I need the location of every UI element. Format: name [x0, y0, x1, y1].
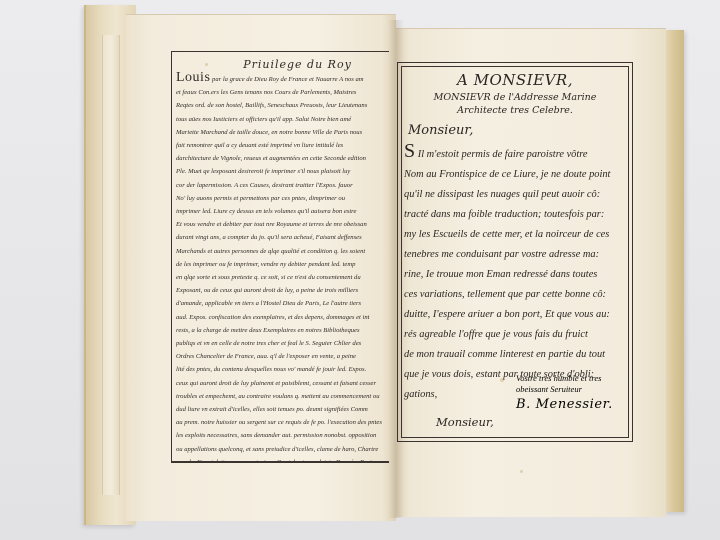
dedication-line: tenebres me conduisant par vostre adress…: [404, 245, 626, 265]
privilege-line: No' luy auons permis et permettons par c…: [176, 192, 389, 205]
signature-line: obeissant Seruiteur: [516, 384, 613, 395]
dedication-line: tracté dans ma foible traduction; toutes…: [404, 205, 626, 225]
privilege-line: publiqs et vn en celle de notre tres che…: [176, 337, 389, 350]
dedication-subheading: Architecte tres Celebre.: [404, 104, 626, 117]
signature-name: B. Menessier.: [516, 399, 613, 410]
privilege-line: Louis par la grace de Dieu Roy de France…: [176, 71, 389, 86]
dedication-line: de mon trauail comme linterest en partie…: [404, 345, 626, 365]
dedication-body: S Il m'estoit permis de faire paroistre …: [404, 144, 626, 405]
privilege-line: mande, Et aut. lettres a ce contraires. …: [176, 456, 389, 463]
dedication-frame: A MONSIEVR, MONSIEVR de l'Addresse Marin…: [397, 62, 633, 442]
privilege-line: Ordres Chancelier de France, aua. q'l de…: [176, 350, 389, 363]
salutation: Monsieur,: [408, 122, 626, 140]
dedication-line: duitte, I'espere ariuer a bon port, Et q…: [404, 305, 626, 325]
dedication-text: Il m'estoit permis de faire paroistre vô…: [418, 149, 588, 160]
privilege-line: Marchands et autres personnes de qlqe qu…: [176, 245, 389, 258]
dedication-line: Nom au Frontispice de ce Liure, je ne do…: [404, 165, 626, 185]
privilege-line: rests, a la charge de mettre deux Exempl…: [176, 324, 389, 337]
privilege-title: Priuilege du Roy: [176, 58, 389, 71]
dedication-heading: A MONSIEVR,: [404, 71, 626, 89]
privilege-line: tous aües nos Iusticiers et officiers qu…: [176, 113, 389, 126]
privilege-line: les exploits necessaires, sans demander …: [176, 429, 389, 442]
vellum-cover-right: [664, 30, 684, 512]
cover-fold: [102, 35, 120, 495]
dedication-line: ces variations, tellement que par cette …: [404, 285, 626, 305]
privilege-line: cor der lapermission. A ces Causes, desi…: [176, 179, 389, 192]
privilege-line: durant vingt ans, a compter du jo. qu'il…: [176, 231, 389, 244]
privilege-line: en qlqe sorte et sous pretexte q. ce soi…: [176, 271, 389, 284]
drop-cap: S: [404, 140, 415, 162]
privilege-frame: Priuilege du Roy Louis par la grace de D…: [171, 51, 389, 463]
dedication-subheading: MONSIEVR de l'Addresse Marine: [404, 91, 626, 104]
privilege-line: dud liure vn extrait d'icelles, elles so…: [176, 403, 389, 416]
privilege-line: Mariette Marchand de taille douce, en no…: [176, 126, 389, 139]
privilege-line: ou appellations quelconq, et sans preiud…: [176, 443, 389, 456]
dedication-line: rés agreable l'offre que je vous fais du…: [404, 325, 626, 345]
privilege-line: fait remontrer quil a cy deuant esté imp…: [176, 139, 389, 152]
privilege-line: Reqtes ord. de son hostel, Baillifs, Sen…: [176, 99, 389, 112]
privilege-line: Ple. Muet qe lexposant desireroit fe imp…: [176, 165, 389, 178]
privilege-line: troubles et empechemt, au contraire voul…: [176, 390, 389, 403]
signature-line: Vostre tres humble et tres: [516, 373, 613, 384]
privilege-line: darchitecture de Vignole, reueus et augm…: [176, 152, 389, 165]
privilege-line: lité des pntes, du contenu desquelles no…: [176, 363, 389, 376]
open-book: Priuilege du Roy Louis par la grace de D…: [0, 0, 720, 540]
privilege-line: de les imprimer ou fe imprimer, vendre n…: [176, 258, 389, 271]
privilege-line: Exposant, ou de ceux qui auront droit de…: [176, 284, 389, 297]
foxing-spot: [520, 470, 523, 473]
privilege-first-word: Louis: [176, 71, 210, 85]
privilege-line: d'amande, applicable vn tiers a l'Hostel…: [176, 297, 389, 310]
closing-salutation: Monsieur,: [436, 415, 626, 429]
dedication-line: rine, Ie trouue mon Eman redressé dans t…: [404, 265, 626, 285]
signature-block: Vostre tres humble et tres obeissant Ser…: [516, 373, 613, 410]
privilege-line: ceux qui auront droit de luy plainemt et…: [176, 377, 389, 390]
privilege-line: au prem. notre huissier ou sergent sur c…: [176, 416, 389, 429]
privilege-line: imprimer led. Liure cy dessus en tels vo…: [176, 205, 389, 218]
dedication-line: S Il m'estoit permis de faire paroistre …: [404, 144, 626, 165]
privilege-line: aud. Expos. confiscation des exemplaires…: [176, 311, 389, 324]
privilege-line: Et vous vendre et debiter par tout nre R…: [176, 218, 389, 231]
dedication-line: qu'il ne dissipast les nuages quil peut …: [404, 185, 626, 205]
privilege-body: Louis par la grace de Dieu Roy de France…: [176, 71, 389, 463]
dedication-line: my les Escueils de cette mer, et la noir…: [404, 225, 626, 245]
privilege-text: par la grace de Dieu Roy de France et Na…: [212, 76, 364, 83]
privilege-line: et feaux Con.ers les Gens tenans nos Cou…: [176, 86, 389, 99]
